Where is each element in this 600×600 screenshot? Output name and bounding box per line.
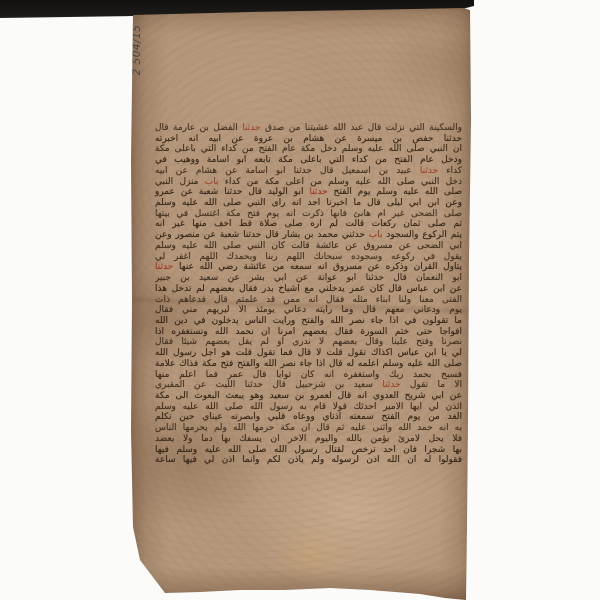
manuscript-line: ائذن لي ايها الامير احدثك قولا قام به رس… [155, 402, 462, 413]
ink-text: صلى الله عليه وسلم يوم الفتح [334, 187, 462, 197]
manuscript-line: فلا يحل لامرئ يؤمن بالله واليوم الاخر ان… [155, 434, 462, 445]
ink-text: منزل النبي [155, 177, 198, 187]
ink-text: سعيد بن شرحبيل قال حدثنا الليث عن المقبر… [155, 380, 373, 390]
manuscript-line: حدثنا حفص بن ميسرة عن هشام بن عروة عن اب… [155, 134, 462, 145]
manuscript-line: كداء حدثنا عبيد بن اسمعيل قال حدثنا ابو … [155, 166, 462, 177]
ink-text: فلا يحل لامرئ يؤمن بالله واليوم الاخر ان… [155, 434, 462, 444]
manuscript-line: دخل النبي صلى الله عليه وسلم من اعلى مكة… [155, 177, 462, 188]
manuscript-line: يقول في ركوعه وسجوده سبحانك اللهم ربنا و… [155, 252, 462, 263]
manuscript-page: 2 504/15 والسكينة التي نزلت قال عبد الله… [128, 6, 474, 600]
ink-text: ودخل عام الفتح من كداء التي باعلى مكة تا… [155, 155, 462, 165]
manuscript-line: ابي الضحى عن مسروق عن عائشة قالت كان الن… [155, 241, 462, 252]
ink-text: حدثني محمد بن بشار قال حدثنا شعبة عن منص… [155, 230, 365, 240]
manuscript-line: وعن ابن ابي ليلى قال ما اخبرنا احد انه ر… [155, 198, 462, 209]
ink-text: نصرنا وفتح علينا وقال بعضهم لا ندري او ل… [155, 337, 462, 347]
manuscript-line: فقولوا له ان الله اذن لرسوله ولم يأذن لك… [155, 455, 462, 466]
manuscript-line: يوم ودعاني معهم قال وما رايته دعاني يومئ… [155, 305, 462, 316]
ink-text: يوم ودعاني معهم قال وما رايته دعاني يومئ… [155, 305, 462, 315]
manuscript-line: ما تقولون في اذا جاء نصر الله والفتح ورا… [155, 316, 462, 327]
manuscript-line: الغد من يوم الفتح سمعته اذناي ووعاه قلبي… [155, 412, 462, 423]
ink-text: الغد من يوم الفتح سمعته اذناي ووعاه قلبي… [155, 412, 462, 422]
ink-text: به انه حمد الله واثنى عليه ثم قال ان مكة… [155, 423, 462, 433]
rubric-word: باب [369, 230, 383, 240]
ink-text: عن ابي شريح العدوي انه قال لعمرو بن سعيد… [155, 391, 462, 401]
rubric-word: حدثنا [155, 262, 173, 272]
rubric-word: حدثنا [242, 123, 260, 133]
manuscript-line: لي يا ابن عباس اكذاك تقول قلت لا قال فما… [155, 348, 462, 359]
ink-text: افواجا حتى ختم السورة فقال بعضهم امرنا ا… [155, 327, 462, 337]
manuscript-line: عن ابن عباس قال كان عمر يدخلني مع اشياخ … [155, 284, 462, 295]
manuscript-line: صلى الله عليه وسلم يوم الفتح حدثنا ابو ا… [155, 187, 462, 198]
manuscript-line: صلى الضحى غير ام هانئ فانها ذكرت انه يوم… [155, 209, 462, 220]
manuscript-line: افواجا حتى ختم السورة فقال بعضهم امرنا ا… [155, 327, 462, 338]
ink-text: ابو الوليد قال حدثنا شعبة عن عمرو [155, 187, 303, 197]
rubric-word: باب [205, 177, 219, 187]
shelfmark-inscription: 2 504/15 [131, 18, 147, 82]
ink-text: ثم صلى ثمان ركعات قالت لم اره صلى صلاة ق… [155, 219, 462, 229]
ink-text: ائذن لي ايها الامير احدثك قولا قام به رس… [155, 402, 462, 412]
manuscript-line: فسبح بحمد ربك واستغفره انه كان توابا قال… [155, 370, 462, 381]
ink-text: ان النبي صلى الله عليه وسلم دخل مكة عام … [155, 144, 462, 154]
ink-text: دخل النبي صلى الله عليه وسلم من اعلى مكة… [225, 177, 462, 187]
ink-text: صلى الضحى غير ام هانئ فانها ذكرت انه يوم… [155, 209, 462, 219]
ink-text: صلى الله عليه وسلم اعلمه له قال اذا جاء … [155, 359, 462, 370]
manuscript-line: الفتى معنا ولنا ابناء مثله فقال انه ممن … [155, 295, 462, 306]
manuscript-line: والسكينة التي نزلت قال عبد الله غشيتنا م… [155, 123, 462, 134]
manuscript-line: ودخل عام الفتح من كداء التي باعلى مكة تا… [155, 155, 462, 166]
ink-text: فقولوا له ان الله اذن لرسوله ولم يأذن لك… [155, 455, 462, 465]
ink-text: ابو النعمان قال حدثنا ابو عوانة عن ابي ب… [155, 273, 462, 283]
manuscript-line: بها شجرا فان احد ترخص لقتال رسول الله صل… [155, 445, 462, 456]
ink-text: يتاول القران وذكره عن مسروق انه سمعه من … [179, 262, 462, 272]
ink-text: الفضل بن عارمة قال [155, 123, 238, 133]
manuscript-line: عن ابي شريح العدوي انه قال لعمرو بن سعيد… [155, 391, 462, 402]
ink-text: عن ابن عباس قال كان عمر يدخلني مع اشياخ … [155, 284, 462, 294]
rubric-word: حدثنا [382, 380, 400, 390]
manuscript-line: الا ما تقول حدثنا سعيد بن شرحبيل قال حدث… [155, 380, 462, 391]
ink-text: عبيد بن اسمعيل قال حدثنا ابو اسامة عن هش… [155, 166, 412, 176]
ink-text: والسكينة التي نزلت قال عبد الله غشيتنا م… [265, 123, 462, 133]
ink-text: يقول في ركوعه وسجوده سبحانك اللهم ربنا و… [155, 252, 462, 262]
ink-text: الا ما تقول [410, 380, 462, 390]
manuscript-line: يتم الركوع والسجود باب حدثني محمد بن بشا… [155, 230, 462, 241]
ink-text: فسبح بحمد ربك واستغفره انه كان توابا قال… [155, 370, 462, 380]
manuscript-line: صلى الله عليه وسلم اعلمه له قال اذا جاء … [155, 359, 462, 370]
ink-text: ابي الضحى عن مسروق عن عائشة قالت كان الن… [155, 241, 462, 251]
manuscript-line: به انه حمد الله واثنى عليه ثم قال ان مكة… [155, 423, 462, 434]
ink-text: الفتى معنا ولنا ابناء مثله فقال انه ممن … [155, 295, 462, 305]
rubric-word: حدثنا [309, 187, 327, 197]
ink-text: ما تقولون في اذا جاء نصر الله والفتح ورا… [155, 316, 462, 326]
manuscript-line: ان النبي صلى الله عليه وسلم دخل مكة عام … [155, 144, 462, 155]
ink-text: بها شجرا فان احد ترخص لقتال رسول الله صل… [155, 445, 462, 455]
scanned-manuscript-photo: 2 504/15 والسكينة التي نزلت قال عبد الله… [0, 0, 600, 600]
manuscript-line: ثم صلى ثمان ركعات قالت لم اره صلى صلاة ق… [155, 219, 462, 230]
rubric-word: حدثنا [420, 166, 438, 176]
ink-text: يتم الركوع والسجود [386, 230, 462, 240]
ink-text: حدثنا حفص بن ميسرة عن هشام بن عروة عن اب… [155, 134, 462, 144]
ink-text: وعن ابن ابي ليلى قال ما اخبرنا احد انه ر… [155, 198, 462, 208]
manuscript-line: يتاول القران وذكره عن مسروق انه سمعه من … [155, 262, 462, 273]
manuscript-line: ابو النعمان قال حدثنا ابو عوانة عن ابي ب… [155, 273, 462, 284]
ink-text: لي يا ابن عباس اكذاك تقول قلت لا قال فما… [155, 348, 462, 358]
ink-text: كداء [446, 166, 462, 176]
text-block: والسكينة التي نزلت قال عبد الله غشيتنا م… [155, 123, 462, 469]
manuscript-line: نصرنا وفتح علينا وقال بعضهم لا ندري او ل… [155, 337, 462, 348]
